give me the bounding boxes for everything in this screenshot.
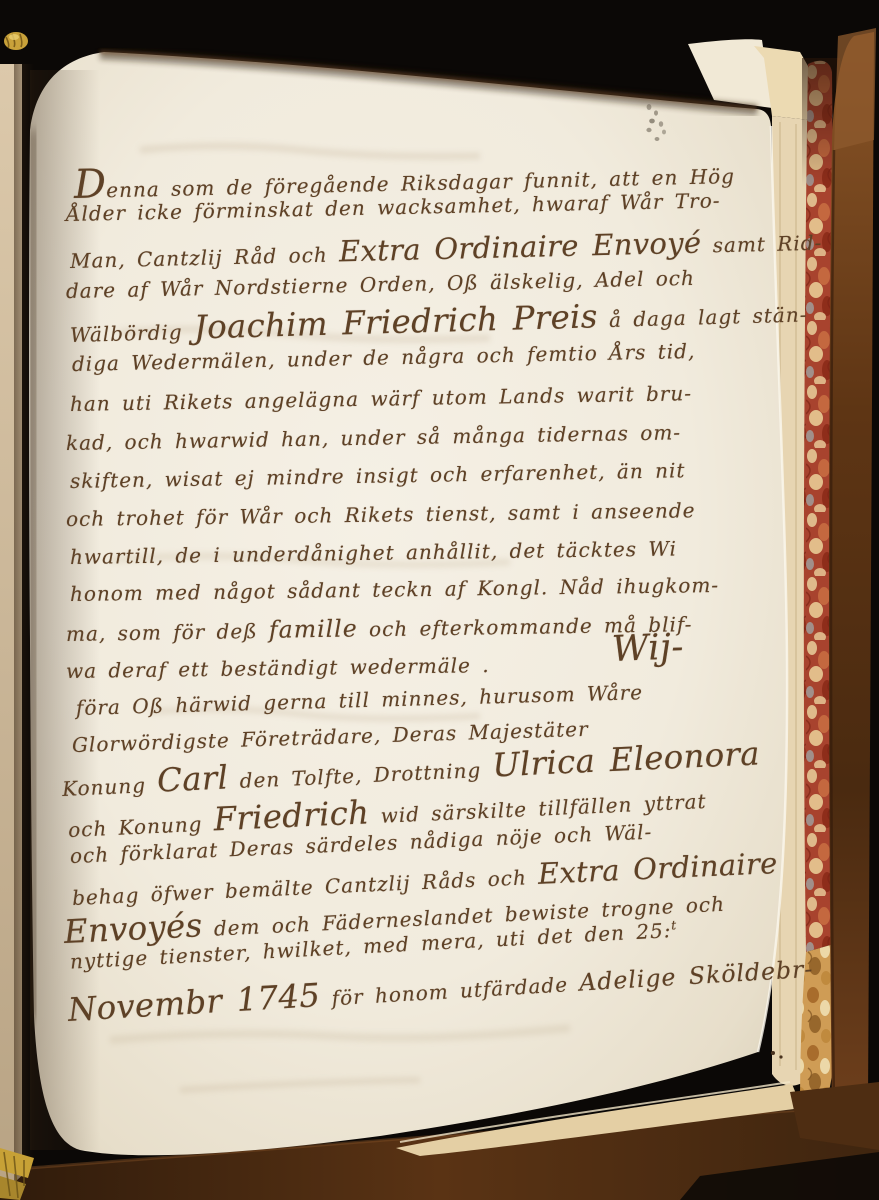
manuscript-text-segment: Novembr 1745 (67, 976, 321, 1029)
manuscript-text-segment: kad, och hwarwid han, under så många tid… (66, 420, 681, 455)
manuscript-line: wa deraf ett beständigt wedermäle . (66, 653, 490, 684)
manuscript-text: Denna som de föregående Riksdagar funnit… (0, 0, 879, 1200)
manuscript-line: honom med något sådant teckn af Kongl. N… (70, 573, 719, 607)
manuscript-text-segment: Konung (62, 773, 158, 801)
line-end-catchword: Wij- (611, 625, 684, 672)
manuscript-text-segment: Extra Ordinaire Envoyé (339, 226, 702, 269)
manuscript-text-segment: skiften, wisat ej mindre insigt och erfa… (70, 458, 686, 493)
manuscript-text-segment: Man, Cantzlij Råd och (70, 242, 340, 273)
manuscript-text-segment: Wälbördig (70, 320, 195, 347)
manuscript-line: hwartill, de i underdånighet anhållit, d… (70, 537, 677, 570)
manuscript-text-segment: Carl (156, 758, 229, 799)
manuscript-text-segment: 25: (636, 918, 672, 944)
manuscript-text-segment: å daga lagt stän- (597, 302, 807, 332)
manuscript-text-segment: han uti Rikets angelägna wärf utom Lands… (70, 381, 692, 416)
manuscript-text-segment: för honom utfärdade (320, 972, 580, 1011)
manuscript-text-segment: och Konung (68, 811, 215, 842)
manuscript-text-segment: Wij- (611, 626, 684, 670)
manuscript-line: föra Oß härwid gerna till minnes, huruso… (76, 680, 644, 721)
manuscript-text-segment: Adelige Sköldebr- (578, 955, 814, 997)
manuscript-text-segment: och trohet för Wår och Rikets tienst, sa… (66, 498, 696, 531)
manuscript-line: han uti Rikets angelägna wärf utom Lands… (70, 381, 692, 417)
manuscript-text-segment: Joachim Friedrich Preis (193, 297, 598, 346)
manuscript-text-segment: hwartill, de i underdånighet anhållit, d… (70, 537, 677, 569)
book-photo: Denna som de föregående Riksdagar funnit… (0, 0, 879, 1200)
manuscript-line: ma, som för deß famille och efterkommand… (66, 609, 693, 648)
manuscript-text-segment: ma, som för deß (66, 619, 269, 646)
manuscript-text-segment: honom med något sådant teckn af Kongl. N… (70, 573, 719, 606)
manuscript-text-segment: t (671, 917, 678, 932)
manuscript-line: skiften, wisat ej mindre insigt och erfa… (70, 458, 686, 494)
manuscript-line: och trohet för Wår och Rikets tienst, sa… (66, 498, 696, 532)
manuscript-line: kad, och hwarwid han, under så många tid… (66, 420, 681, 456)
manuscript-text-segment: wid särskilte tillfällen yttrat (369, 789, 707, 828)
manuscript-text-segment: famille (269, 614, 358, 643)
manuscript-text-segment: föra Oß härwid gerna till minnes, huruso… (76, 680, 644, 720)
manuscript-text-segment: wa deraf ett beständigt wedermäle . (66, 653, 490, 683)
manuscript-text-segment: samt Rid- (701, 231, 822, 258)
manuscript-line: Man, Cantzlij Råd och Extra Ordinaire En… (70, 222, 823, 277)
